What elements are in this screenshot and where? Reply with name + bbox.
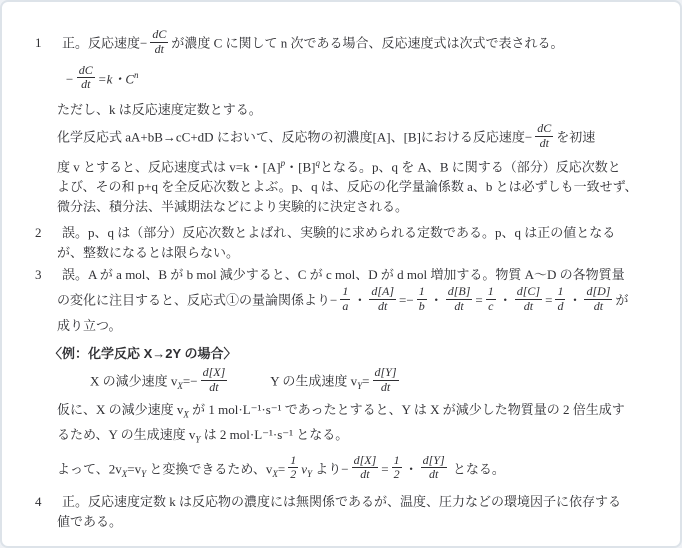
numerator: dC <box>535 122 553 137</box>
item3-line1: 3誤。A が a mol、B が b mol 減少すると、C が c mol、D… <box>35 265 662 285</box>
example-conclusion-line: よって、2vX=vY と変換できるため、vX=12vY より−d[X]dt=12… <box>57 456 662 485</box>
fraction: 12 <box>392 454 402 483</box>
conclusion-text2: =v <box>127 461 141 476</box>
fraction: d[X]dt <box>352 454 379 483</box>
item3-text2a: の変化に注目すると、反応式①の量論関係より− <box>57 292 337 307</box>
denominator: dt <box>201 381 228 395</box>
fraction: d[Y]dt <box>421 454 447 483</box>
item1-number: 1 <box>35 33 62 53</box>
dot-operator: ・ <box>499 292 512 307</box>
item3-line3: 成り立つ。 <box>57 316 662 336</box>
denominator: dt <box>421 468 447 482</box>
fraction: dCdt <box>77 64 95 93</box>
item2-text1: 誤。p、q は（部分）反応次数とよばれ、実験的に求められる定数である。p、q は… <box>62 225 615 240</box>
fraction: 1b <box>417 285 427 314</box>
fraction: d[Y]dt <box>373 366 399 395</box>
denominator: 2 <box>288 468 298 482</box>
example-text1b: が 1 mol·L⁻¹·s⁻¹ であったとすると、Y は X が減少した物質量の… <box>189 402 625 417</box>
example-header: 〈例：化学反応 X→2Y の場合〉 <box>49 344 662 364</box>
item3-text2b: が <box>615 292 628 307</box>
fraction: 1c <box>486 285 496 314</box>
exponent-n: n <box>134 70 139 80</box>
denominator: dt <box>373 381 399 395</box>
dot-operator: ・ <box>568 292 581 307</box>
numerator: 1 <box>417 285 427 300</box>
item2-line1: 2誤。p、q は（部分）反応次数とよばれ、実験的に求められる定数である。p、q … <box>35 223 662 243</box>
fraction: d[B]dt <box>446 285 473 314</box>
numerator: 1 <box>486 285 496 300</box>
item4-number: 4 <box>35 492 62 512</box>
denominator: dt <box>352 468 379 482</box>
equals-sign: = <box>545 292 552 307</box>
item1-para-text1: 化学反応式 aA+bB→cC+dD において、反応物の初濃度[A]、[B]におけ… <box>57 130 532 145</box>
fraction: 1a <box>340 285 350 314</box>
minus-sign: − <box>65 71 74 86</box>
denominator: dt <box>369 300 396 314</box>
denominator: dt <box>150 43 168 57</box>
numerator: d[X] <box>201 366 228 381</box>
denominator: dt <box>515 300 542 314</box>
item4-text1: 正。反応速度定数 k は反応物の濃度には無関係であるが、温度、圧力などの環境因子… <box>62 494 621 509</box>
numerator: 1 <box>340 285 350 300</box>
denominator: b <box>417 300 427 314</box>
item1-para-line3: よび、その和 p+q を全反応次数とよぶ。p、q は、反応の化学量論係数 a、b… <box>57 177 662 197</box>
vy-equals: = <box>362 373 369 388</box>
conclusion-text5: となる。 <box>450 461 505 476</box>
item1-note: ただし、k は反応速度定数とする。 <box>57 100 662 120</box>
denominator: 2 <box>392 468 402 482</box>
equals-minus: =− <box>399 292 414 307</box>
vy-label: Y の生成速度 v <box>270 373 357 388</box>
fraction: dCdt <box>535 122 553 151</box>
numerator: dC <box>150 28 168 43</box>
fraction: d[D]dt <box>584 285 612 314</box>
denominator: a <box>340 300 350 314</box>
vx-label: X の減少速度 v <box>90 373 177 388</box>
item2-line2: が、整数になるとは限らない。 <box>57 243 662 263</box>
numerator: d[X] <box>352 454 379 469</box>
numerator: d[Y] <box>373 366 399 381</box>
dot-operator: ・ <box>430 292 443 307</box>
item3-text1: 誤。A が a mol、B が b mol 減少すると、C が c mol、D … <box>62 267 625 282</box>
equals-sign: = <box>475 292 482 307</box>
conclusion-text4: より− <box>312 461 349 476</box>
numerator: d[B] <box>446 285 473 300</box>
item1-para-line4: 微分法、積分法、半減期法などにより実験的に決定される。 <box>57 197 662 217</box>
fraction: 1d <box>555 285 565 314</box>
numerator: d[D] <box>584 285 612 300</box>
item3-stoichiometry-line: の変化に注目すると、反応式①の量論関係より−1a・d[A]dt=−1b・d[B]… <box>57 287 662 316</box>
denominator: d <box>555 300 565 314</box>
equation-rhs: =k・C <box>98 71 134 86</box>
dot-operator: ・ <box>353 292 366 307</box>
item2-number: 2 <box>35 223 62 243</box>
item1-para-text2b: ・[B] <box>285 159 315 174</box>
denominator: dt <box>584 300 612 314</box>
item1-para-line2: 度 v とすると、反応速度式は v=k・[A]p・[B]qとなる。p、q を A… <box>57 153 662 177</box>
example-text2b: は 2 mol·L⁻¹·s⁻¹ となる。 <box>200 427 348 442</box>
fraction: dCdt <box>150 28 168 57</box>
denominator: c <box>486 300 496 314</box>
numerator: dC <box>77 64 95 79</box>
numerator: 1 <box>555 285 565 300</box>
item3-number: 3 <box>35 265 62 285</box>
conclusion-text1: よって、2v <box>57 461 122 476</box>
equals-sign: = <box>381 461 388 476</box>
numerator: d[C] <box>515 285 542 300</box>
example-text2a: るため、Y の生成速度 v <box>57 427 195 442</box>
numerator: 1 <box>288 454 298 469</box>
denominator: dt <box>77 78 95 92</box>
conclusion-text3: と変換できるため、v <box>146 461 272 476</box>
item1-text2: が濃度 C に関して n 次である場合、反応速度式は次式で表される。 <box>171 35 563 50</box>
answer-explanation-document: 1正。反応速度−dCdtが濃度 C に関して n 次である場合、反応速度式は次式… <box>0 0 682 548</box>
example-text1a: 仮に、X の減少速度 v <box>57 402 183 417</box>
item1-text1: 正。反応速度− <box>62 35 147 50</box>
example-line2: るため、Y の生成速度 vY は 2 mol·L⁻¹·s⁻¹ となる。 <box>57 425 662 450</box>
item1-para-line1: 化学反応式 aA+bB→cC+dD において、反応物の初濃度[A]、[B]におけ… <box>57 124 662 153</box>
item1-para-text2a: 度 v とすると、反応速度式は v=k・[A] <box>57 159 281 174</box>
item1-para-text2c: となる。p、q を A、B に関する（部分）反応次数と <box>320 159 621 174</box>
fraction: d[X]dt <box>201 366 228 395</box>
numerator: 1 <box>392 454 402 469</box>
example-line1: 仮に、X の減少速度 vX が 1 mol·L⁻¹·s⁻¹ であったとすると、Y… <box>57 400 662 425</box>
denominator: dt <box>446 300 473 314</box>
example-rate-formulas: X の減少速度 vX=−d[X]dtY の生成速度 vY=d[Y]dt <box>90 368 662 397</box>
denominator: dt <box>535 137 553 151</box>
numerator: d[Y] <box>421 454 447 469</box>
item1-rate-equation: −dCdt=k・Cn <box>65 65 662 95</box>
vx-equals-minus: =− <box>183 373 198 388</box>
item1-para-text1b: を初速 <box>556 130 595 145</box>
fraction: d[A]dt <box>369 285 396 314</box>
item4-line1: 4正。反応速度定数 k は反応物の濃度には無関係であるが、温度、圧力などの環境因… <box>35 492 662 512</box>
conclusion-equals: = <box>278 461 285 476</box>
numerator: d[A] <box>369 285 396 300</box>
item4-line2: 値である。 <box>57 512 662 532</box>
fraction: 12 <box>288 454 298 483</box>
fraction: d[C]dt <box>515 285 542 314</box>
dot-operator: ・ <box>405 461 418 476</box>
item1-line1: 1正。反応速度−dCdtが濃度 C に関して n 次である場合、反応速度式は次式… <box>35 30 662 59</box>
